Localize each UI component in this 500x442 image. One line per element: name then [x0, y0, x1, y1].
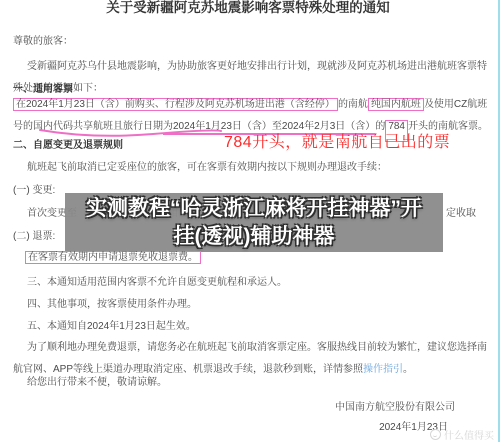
- salutation: 尊敬的旅客：: [13, 31, 73, 53]
- red-annotation-note: 784开头，就是南航自己出的票: [224, 129, 450, 152]
- closing-text: 为了顺利地办理免费退票，请您务必在航班起飞前取消客票定座。客服热线目前较为繁忙，…: [13, 342, 487, 375]
- signature-company: 中国南方航空股份有限公司: [335, 397, 455, 419]
- section2-heading: 二、自愿变更及退票规则: [13, 135, 123, 157]
- highlight-box-domestic-flights: 纯国内航班: [368, 98, 424, 111]
- watermark-text: 什么值得买: [444, 427, 494, 442]
- apology-line: 给您出行带来不便，敬请谅解。: [27, 372, 167, 394]
- operation-guide-link[interactable]: 操作指引: [363, 364, 403, 375]
- smzdm-watermark: 什么值得买: [430, 427, 494, 442]
- spam-overlay-banner: 实测教程“哈灵浙江麻将开挂神器”开 挂(透视)辅助神器: [65, 193, 443, 252]
- overlay-text-line1: 实测教程“哈灵浙江麻将开挂神器”开: [86, 195, 422, 223]
- section2-intro: 航班起飞前取消已定妥座位的旅客，可在客票有效期内按以下规则办理退改手续：: [13, 157, 491, 179]
- section1-text: 的南航: [338, 99, 368, 110]
- section4-text: 四、其他事项，按客票使用条件办理。: [27, 294, 487, 316]
- change-label: (一) 变更:: [13, 180, 55, 202]
- closing-text-end: 。: [403, 364, 413, 375]
- notice-document: 关于受新疆阿克苏地震影响客票特殊处理的通知 尊敬的旅客： 受新疆阿克苏乌什县地震…: [0, 0, 500, 442]
- section3-text: 三、本通知适用范围内客票不允许自愿变更航程和承运人。: [27, 272, 487, 294]
- refund-rule-line: 在客票有效期内申请退票免收退票费。: [25, 247, 201, 269]
- page-title: 关于受新疆阿克苏地震影响客票特殊处理的通知: [0, 0, 496, 16]
- highlight-box-refund: 在客票有效期内申请退票免收退票费。: [25, 251, 201, 264]
- change-rule-end: 定收取: [446, 203, 476, 225]
- refund-label: (二) 退票:: [13, 226, 55, 248]
- smzdm-logo-icon: [430, 429, 441, 440]
- highlight-box-purchase-window: 在2024年1月23日（含）前购买、行程涉及阿克苏机场进出港（含经停）: [13, 98, 338, 111]
- section5-text: 五、本通知自2024年1月23日起生效。: [27, 316, 487, 338]
